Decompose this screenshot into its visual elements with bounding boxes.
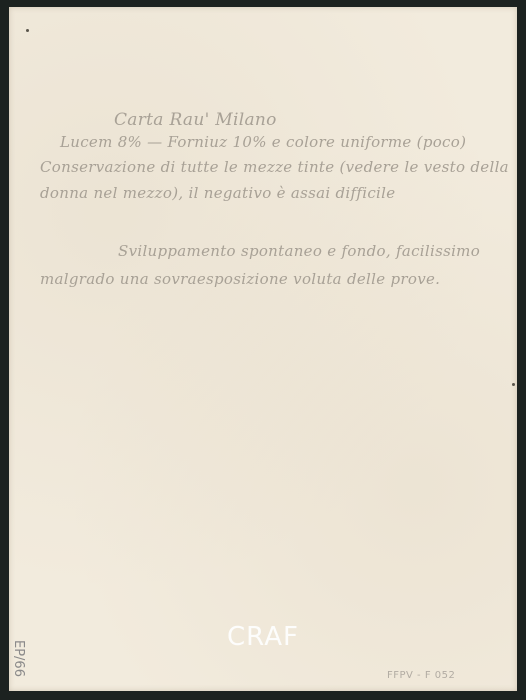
handwritten-line-5: malgrado una sovraesposizione voluta del… [40,270,440,288]
inventory-number: EP/66 [11,640,26,677]
paper-speck [512,383,515,386]
handwritten-line-4: Sviluppamento spontaneo e fondo, facilis… [118,242,480,260]
handwritten-line-3: donna nel mezzo), il negativo è assai di… [40,184,395,202]
catalog-code: FFPV - F 052 [387,670,455,681]
handwritten-title: Carta Rau' Milano [114,110,277,130]
handwritten-line-1: Lucem 8% — Forniuz 10% e colore uniforme… [60,133,466,151]
paper-speck [26,29,29,32]
handwritten-line-2: Conservazione di tutte le mezze tinte (v… [40,158,509,176]
craf-watermark: CRAF [0,622,526,652]
